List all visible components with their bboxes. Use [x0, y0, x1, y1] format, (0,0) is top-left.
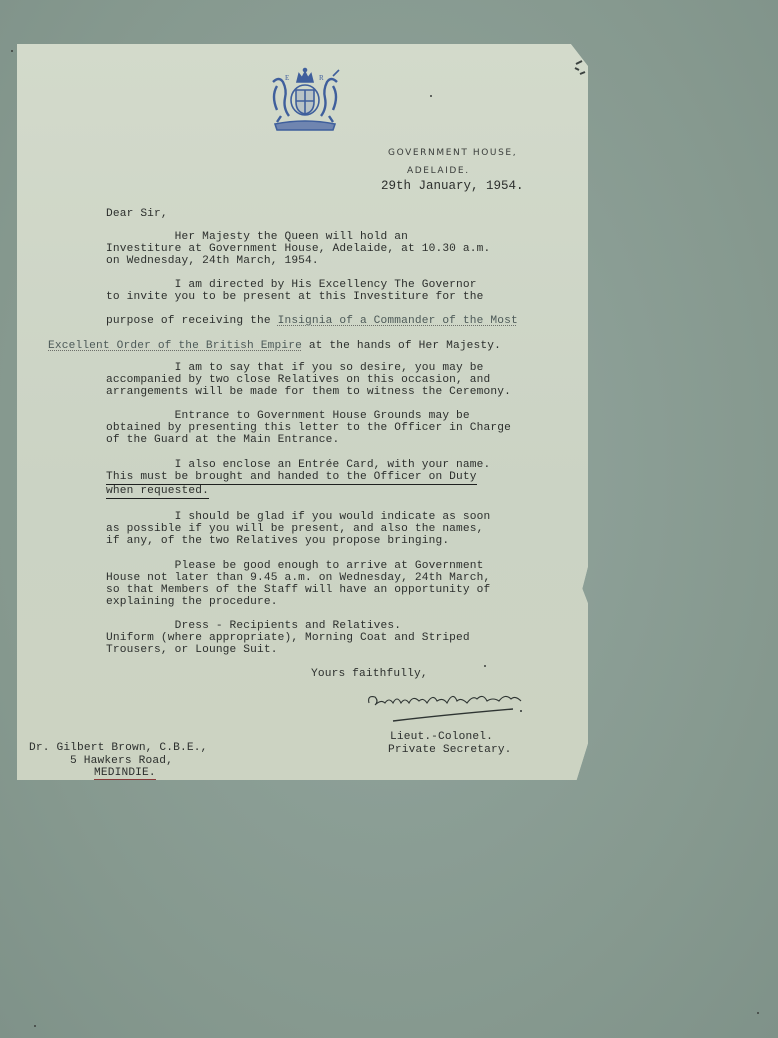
paper-speck — [430, 95, 432, 97]
paragraph-line: Investiture at Government House, Adelaid… — [106, 243, 490, 255]
paragraph-line: Dress - Recipients and Relatives. — [106, 620, 470, 632]
filled-in-order: Excellent Order of the British Empire — [48, 340, 302, 352]
text: at the hands of Her Majesty. — [302, 340, 501, 352]
paragraph-line: accompanied by two close Relatives on th… — [106, 374, 511, 386]
paragraph-line: when requested. — [106, 485, 490, 499]
paragraph-line: to invite you to be present at this Inve… — [106, 291, 484, 303]
paragraph-invitation: I am directed by His Excellency The Gove… — [106, 279, 484, 303]
recipient-street: 5 Hawkers Road, — [70, 755, 173, 767]
paragraph-rsvp: I should be glad if you would indicate a… — [106, 511, 490, 547]
paragraph-line: I should be glad if you would indicate a… — [106, 511, 490, 523]
paragraph-line: Entrance to Government House Grounds may… — [106, 410, 511, 422]
background-speck — [34, 1025, 36, 1027]
underlined-instruction: when requested. — [106, 485, 209, 499]
paragraph-investiture: Her Majesty the Queen will hold an Inves… — [106, 231, 490, 267]
paragraph-arrival: Please be good enough to arrive at Gover… — [106, 560, 490, 608]
paragraph-line: This must be brought and handed to the O… — [106, 471, 490, 485]
handwritten-signature-icon — [363, 689, 533, 729]
paragraph-line: I am directed by His Excellency The Gove… — [106, 279, 484, 291]
tape-mark-icon — [572, 58, 588, 80]
paragraph-entree-card: I also enclose an Entrée Card, with your… — [106, 459, 490, 499]
paragraph-line-insignia: purpose of receiving the Insignia of a C… — [106, 315, 518, 327]
signatory-title: Private Secretary. — [388, 744, 512, 756]
paragraph-line: if any, of the two Relatives you propose… — [106, 535, 490, 547]
signatory-rank: Lieut.-Colonel. — [390, 731, 493, 743]
paper-speck — [484, 665, 486, 667]
svg-text:E: E — [285, 74, 289, 82]
paragraph-line: arrangements will be made for them to wi… — [106, 386, 511, 398]
letterhead-address-line2: ADELAIDE. — [407, 166, 470, 176]
paragraph-line: Uniform (where appropriate), Morning Coa… — [106, 632, 470, 644]
paragraph-line-order: Excellent Order of the British Empire at… — [48, 340, 501, 352]
paragraph-line: so that Members of the Staff will have a… — [106, 584, 490, 596]
salutation: Dear Sir, — [106, 208, 168, 220]
paragraph-entrance: Entrance to Government House Grounds may… — [106, 410, 511, 446]
svg-text:R: R — [319, 74, 324, 82]
filled-in-honour: Insignia of a Commander of the Most — [278, 315, 518, 327]
recipient-suburb-line: MEDINDIE. — [94, 767, 156, 780]
paragraph-line: on Wednesday, 24th March, 1954. — [106, 255, 490, 267]
underlined-instruction: This must be brought and handed to the O… — [106, 471, 477, 485]
paragraph-line: explaining the procedure. — [106, 596, 490, 608]
paragraph-line: Trousers, or Lounge Suit. — [106, 644, 470, 656]
letter-date: 29th January, 1954. — [381, 179, 524, 193]
recipient-suburb: MEDINDIE. — [94, 767, 156, 780]
letter-paper: E R GOVERNMENT HOUSE, ADELAIDE. 29th Jan… — [17, 44, 588, 780]
paragraph-line: I am to say that if you so desire, you m… — [106, 362, 511, 374]
paragraph-line: as possible if you will be present, and … — [106, 523, 490, 535]
paragraph-line: House not later than 9.45 a.m. on Wednes… — [106, 572, 490, 584]
background-speck — [11, 50, 13, 52]
paragraph-relatives: I am to say that if you so desire, you m… — [106, 362, 511, 398]
paragraph-line: Her Majesty the Queen will hold an — [106, 231, 490, 243]
closing: Yours faithfully, — [311, 668, 428, 680]
text: purpose of receiving the — [106, 315, 278, 327]
letterhead-address-line1: GOVERNMENT HOUSE, — [388, 148, 517, 158]
paragraph-line: of the Guard at the Main Entrance. — [106, 434, 511, 446]
paragraph-dress: Dress - Recipients and Relatives. Unifor… — [106, 620, 470, 656]
royal-coat-of-arms-icon: E R — [267, 66, 343, 132]
paragraph-line: Please be good enough to arrive at Gover… — [106, 560, 490, 572]
paragraph-line: obtained by presenting this letter to th… — [106, 422, 511, 434]
background-speck — [757, 1012, 759, 1014]
paragraph-line: I also enclose an Entrée Card, with your… — [106, 459, 490, 471]
recipient-name: Dr. Gilbert Brown, C.B.E., — [29, 742, 207, 754]
